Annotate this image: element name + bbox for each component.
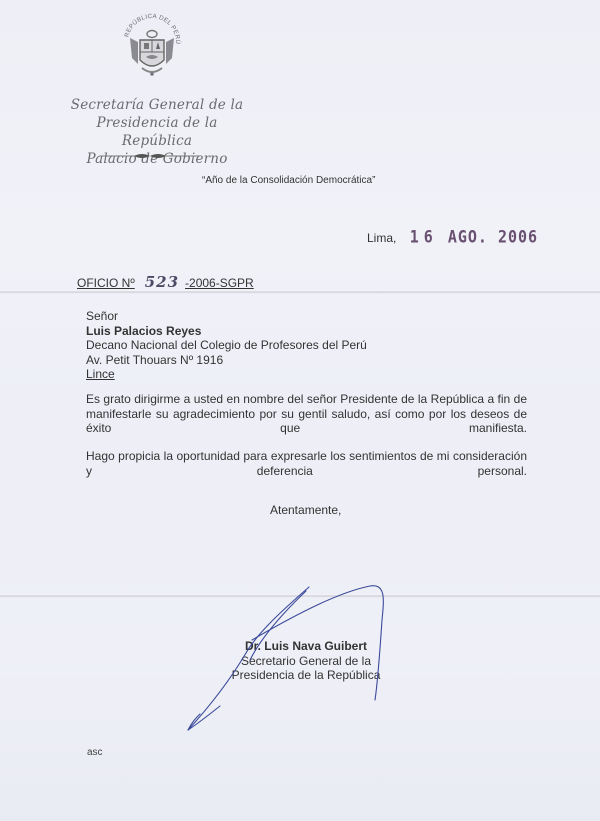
closing: Atentamente, — [270, 503, 341, 517]
date-stamp: 16 AGO. 2006 — [400, 227, 538, 248]
addressee-title: Decano Nacional del Colegio de Profesore… — [86, 338, 367, 353]
body-paragraph: Es grato dirigirme a usted en nombre del… — [86, 392, 527, 450]
addressee-address: Av. Petit Thouars Nº 1916 — [86, 353, 367, 368]
reference-prefix: OFICIO Nº — [77, 276, 135, 290]
year-motto: “Año de la Consolidación Democrática” — [202, 175, 375, 186]
typist-initials: asc — [87, 747, 103, 758]
salutation: Señor — [86, 309, 367, 324]
paper-fold-line — [0, 594, 600, 598]
signature-block: Dr. Luis Nava Guibert Secretario General… — [231, 639, 381, 683]
addressee-block: Señor Luis Palacios Reyes Decano Naciona… — [86, 309, 367, 382]
coat-of-arms-icon: REPÚBLICA DEL PERÚ — [116, 12, 188, 84]
date-place: Lima, — [367, 231, 396, 245]
signatory-position: Presidencia de la República — [231, 668, 381, 683]
signatory-name: Dr. Luis Nava Guibert — [231, 639, 381, 654]
reference-suffix: -2006-SGPR — [185, 276, 254, 290]
body-paragraph: Hago propicia la oportunidad para expres… — [86, 449, 527, 493]
date-line: Lima, 16 AGO. 2006 — [367, 228, 538, 246]
letter-page: REPÚBLICA DEL PERÚ Secretaría General de… — [0, 0, 600, 821]
stamp-day: 16 — [410, 227, 438, 248]
ornament-divider-icon — [100, 152, 200, 160]
signatory-position: Secretario General de la — [231, 654, 381, 669]
document-reference: OFICIO Nº523-2006-SGPR — [77, 273, 254, 291]
letterhead-line: Presidencia de la República — [62, 114, 252, 150]
stamp-month-year: AGO. 2006 — [448, 227, 538, 248]
handwritten-number: 523 — [145, 273, 179, 291]
addressee-name: Luis Palacios Reyes — [86, 324, 367, 339]
addressee-city: Lince — [86, 367, 367, 382]
letterhead-line: Secretaría General de la — [62, 96, 252, 114]
